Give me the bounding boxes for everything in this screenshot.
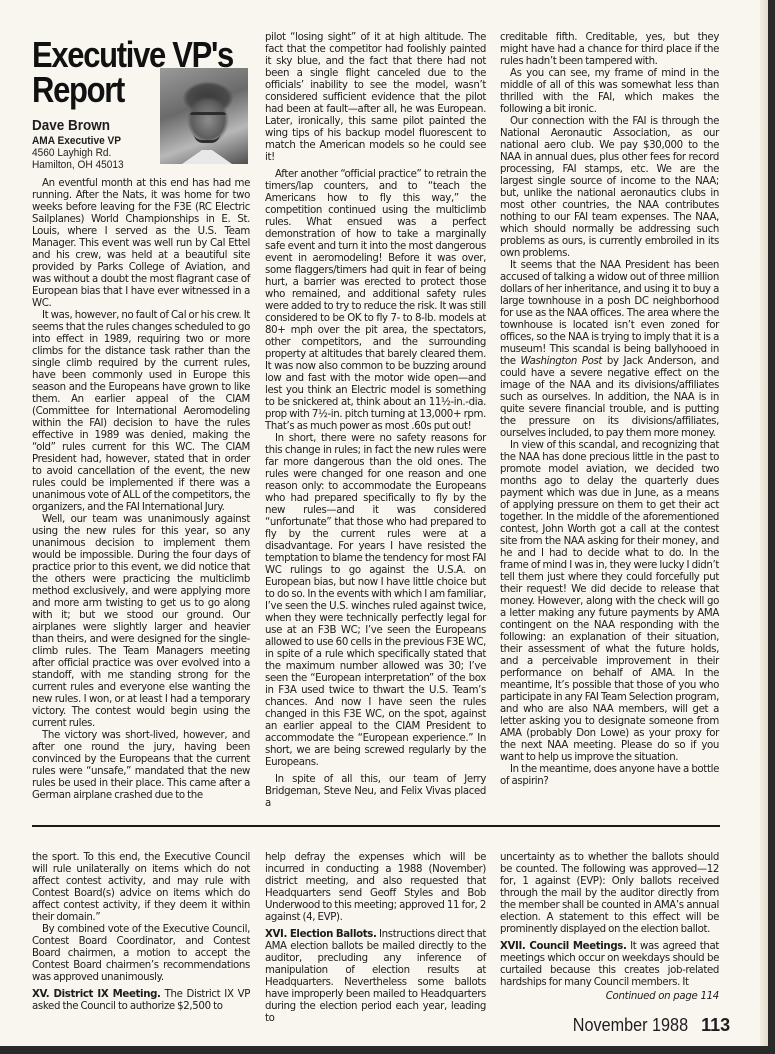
item-heading: XV. District IX Meeting. <box>32 989 161 1000</box>
page-number: 113 <box>701 1015 730 1035</box>
page-footer: November 1988 113 <box>560 1015 720 1036</box>
paragraph: It seems that the NAA President has been… <box>500 260 719 440</box>
photo-collar <box>182 150 232 164</box>
author-photo <box>160 68 248 164</box>
paragraph: It was, however, no fault of Cal or his … <box>32 310 250 514</box>
author-name: Dave Brown <box>32 120 122 132</box>
paragraph: help defray the expenses which will be i… <box>265 852 486 924</box>
minutes-item-xvii: XVII. Council Meetings. It was agreed th… <box>500 941 719 989</box>
minutes-item-xvi: XVI. Election Ballots. Instructions dire… <box>265 929 486 1025</box>
article-column-2: pilot “losing sight” of it at high altit… <box>265 32 486 810</box>
paragraph: the sport. To this end, the Executive Co… <box>32 852 250 924</box>
paragraph: pilot “losing sight” of it at high altit… <box>265 32 486 164</box>
publication-name: Washington Post <box>521 356 603 367</box>
paragraph: In short, there were no safety reasons f… <box>265 433 486 769</box>
paragraph-part: It seems that the NAA President has been… <box>500 260 719 367</box>
minutes-item-xv: XV. District IX Meeting. The District IX… <box>32 989 250 1013</box>
minutes-column-2: help defray the expenses which will be i… <box>265 852 486 1025</box>
paragraph: After another “official practice” to ret… <box>265 169 486 433</box>
minutes-column-1: the sport. To this end, the Executive Co… <box>32 852 250 1013</box>
paragraph: uncertainty as to whether the ballots sh… <box>500 852 719 936</box>
paragraph: The victory was short-lived, however, an… <box>32 730 250 802</box>
issue-date: November 1988 <box>573 1015 688 1036</box>
paragraph: By combined vote of the Executive Counci… <box>32 924 250 984</box>
author-block: Dave Brown AMA Executive VP 4560 Layhigh… <box>32 120 132 171</box>
minutes-column-3: uncertainty as to whether the ballots sh… <box>500 852 719 989</box>
paragraph: creditable fifth. Creditable, yes, but t… <box>500 32 719 68</box>
magazine-page: Executive VP's Report Dave Brown AMA Exe… <box>0 0 768 1046</box>
article-column-3: creditable fifth. Creditable, yes, but t… <box>500 32 719 788</box>
author-address-line-2: Hamilton, OH 45013 <box>32 159 124 171</box>
author-role: AMA Executive VP <box>32 135 124 147</box>
item-heading: XVI. Election Ballots. <box>265 929 377 940</box>
photo-eyes <box>190 112 226 120</box>
paragraph: As you can see, my frame of mind in the … <box>500 68 719 116</box>
paragraph: In view of this scandal, and recognizing… <box>500 440 719 764</box>
paragraph: An eventful month at this end has had me… <box>32 178 250 310</box>
item-text: Instructions direct that AMA election ba… <box>265 929 486 1024</box>
paragraph: In spite of all this, our team of Jerry … <box>265 774 486 810</box>
paragraph: In the meantime, does anyone have a bott… <box>500 764 719 788</box>
section-divider <box>32 825 720 827</box>
title-line-1: Executive VP's <box>32 37 233 72</box>
photo-mouth <box>194 134 220 143</box>
paragraph: Well, our team was unanimously against u… <box>32 514 250 730</box>
paragraph: Our connection with the FAI is through t… <box>500 116 719 260</box>
article-column-1: An eventful month at this end has had me… <box>32 178 250 802</box>
paragraph-part: by Jack Anderson, and could have a sever… <box>500 356 719 439</box>
item-heading: XVII. Council Meetings. <box>500 941 627 952</box>
continued-note: Continued on page 114 <box>500 991 719 1002</box>
author-address-line-1: 4560 Layhigh Rd. <box>32 147 124 159</box>
